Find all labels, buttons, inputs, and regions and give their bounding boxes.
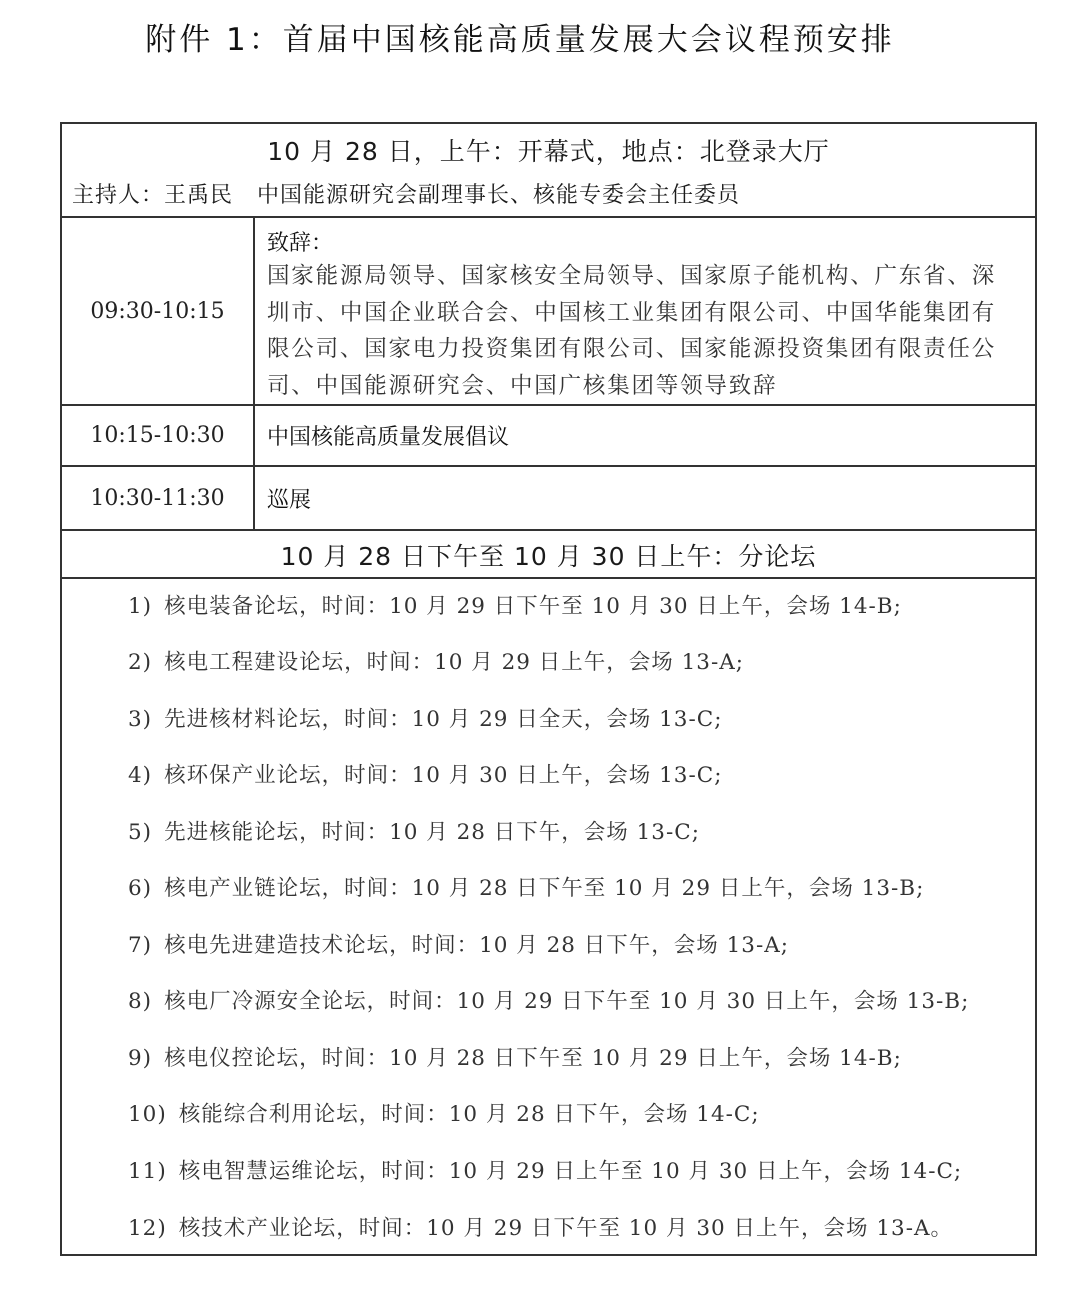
forum-text: 核能综合利用论坛，时间：10 月 28 日下午，会场 14-C; bbox=[179, 1102, 760, 1127]
opening-section-header: 10 月 28 日，上午：开幕式，地点：北登录大厅 主持人：王禹民 中国能源研究… bbox=[62, 124, 1035, 218]
forum-text: 核电厂冷源安全论坛，时间：10 月 29 日下午至 10 月 30 日上午，会场… bbox=[164, 989, 969, 1014]
forum-item: 3)先进核材料论坛，时间：10 月 29 日全天，会场 13-C; bbox=[128, 702, 722, 733]
agenda-table: 10 月 28 日，上午：开幕式，地点：北登录大厅 主持人：王禹民 中国能源研究… bbox=[60, 122, 1037, 1256]
forum-number: 10) bbox=[128, 1102, 167, 1127]
speech-speakers: 国家能源局领导、国家核安全局领导、国家原子能机构、广东省、深 圳市、中国企业联合… bbox=[267, 258, 1029, 404]
content-cell: 中国核能高质量发展倡议 bbox=[255, 406, 1035, 465]
content-cell: 巡展 bbox=[255, 467, 1035, 529]
speech-line: 限公司、国家电力投资集团有限公司、国家能源投资集团有限责任公 bbox=[267, 331, 1029, 368]
forum-item: 5)先进核能论坛，时间：10 月 28 日下午，会场 13-C; bbox=[128, 815, 700, 846]
schedule-row-initiative: 10:15-10:30 中国核能高质量发展倡议 bbox=[62, 406, 1035, 467]
forum-number: 7) bbox=[128, 933, 152, 958]
forum-text: 核电先进建造技术论坛，时间：10 月 28 日下午，会场 13-A; bbox=[164, 933, 789, 958]
forum-item: 1)核电装备论坛，时间：10 月 29 日下午至 10 月 30 日上午，会场 … bbox=[128, 589, 902, 620]
forum-number: 6) bbox=[128, 876, 152, 901]
forum-item: 12)核技术产业论坛，时间：10 月 29 日下午至 10 月 30 日上午，会… bbox=[128, 1211, 953, 1242]
forum-item: 8)核电厂冷源安全论坛，时间：10 月 29 日下午至 10 月 30 日上午，… bbox=[128, 984, 969, 1015]
forum-text: 核电装备论坛，时间：10 月 29 日下午至 10 月 30 日上午，会场 14… bbox=[164, 594, 902, 619]
forum-text: 核电仪控论坛，时间：10 月 28 日下午至 10 月 29 日上午，会场 14… bbox=[164, 1046, 902, 1071]
time-cell: 10:15-10:30 bbox=[62, 406, 255, 465]
forum-list: 1)核电装备论坛，时间：10 月 29 日下午至 10 月 30 日上午，会场 … bbox=[62, 579, 1035, 1254]
forum-number: 8) bbox=[128, 989, 152, 1014]
forum-item: 4)核环保产业论坛，时间：10 月 30 日上午，会场 13-C; bbox=[128, 758, 722, 789]
forums-section-header: 10 月 28 日下午至 10 月 30 日上午：分论坛 bbox=[62, 531, 1035, 579]
forum-text: 核电智慧运维论坛，时间：10 月 29 日上午至 10 月 30 日上午，会场 … bbox=[179, 1159, 962, 1184]
forums-heading: 10 月 28 日下午至 10 月 30 日上午：分论坛 bbox=[62, 537, 1035, 573]
forum-text: 核环保产业论坛，时间：10 月 30 日上午，会场 13-C; bbox=[164, 763, 722, 788]
forum-number: 11) bbox=[128, 1159, 167, 1184]
forum-text: 核电产业链论坛，时间：10 月 28 日下午至 10 月 29 日上午，会场 1… bbox=[164, 876, 924, 901]
content-cell: 致辞： 国家能源局领导、国家核安全局领导、国家原子能机构、广东省、深 圳市、中国… bbox=[255, 218, 1035, 404]
time-cell: 10:30-11:30 bbox=[62, 467, 255, 529]
forum-item: 6)核电产业链论坛，时间：10 月 28 日下午至 10 月 29 日上午，会场… bbox=[128, 871, 924, 902]
forum-text: 核技术产业论坛，时间：10 月 29 日下午至 10 月 30 日上午，会场 1… bbox=[179, 1216, 953, 1241]
schedule-row-speeches: 09:30-10:15 致辞： 国家能源局领导、国家核安全局领导、国家原子能机构… bbox=[62, 218, 1035, 406]
speech-line: 圳市、中国企业联合会、中国核工业集团有限公司、中国华能集团有 bbox=[267, 295, 1029, 332]
opening-heading: 10 月 28 日，上午：开幕式，地点：北登录大厅 bbox=[62, 132, 1035, 168]
speech-line: 国家能源局领导、国家核安全局领导、国家原子能机构、广东省、深 bbox=[267, 258, 1029, 295]
forum-item: 7)核电先进建造技术论坛，时间：10 月 28 日下午，会场 13-A; bbox=[128, 928, 789, 959]
document-title: 附件 1：首届中国核能高质量发展大会议程预安排 bbox=[0, 14, 1040, 59]
forum-number: 4) bbox=[128, 763, 152, 788]
forum-item: 9)核电仪控论坛，时间：10 月 28 日下午至 10 月 29 日上午，会场 … bbox=[128, 1041, 902, 1072]
forum-number: 12) bbox=[128, 1216, 167, 1241]
forum-text: 核电工程建设论坛，时间：10 月 29 日上午，会场 13-A; bbox=[164, 650, 744, 675]
speech-line: 司、中国能源研究会、中国广核集团等领导致辞 bbox=[267, 368, 1029, 405]
forum-item: 10)核能综合利用论坛，时间：10 月 28 日下午，会场 14-C; bbox=[128, 1097, 760, 1128]
forum-number: 5) bbox=[128, 820, 152, 845]
forum-item: 2)核电工程建设论坛，时间：10 月 29 日上午，会场 13-A; bbox=[128, 645, 744, 676]
forum-text: 先进核能论坛，时间：10 月 28 日下午，会场 13-C; bbox=[164, 820, 700, 845]
forum-item: 11)核电智慧运维论坛，时间：10 月 29 日上午至 10 月 30 日上午，… bbox=[128, 1154, 962, 1185]
forum-number: 2) bbox=[128, 650, 152, 675]
time-cell: 09:30-10:15 bbox=[62, 218, 255, 404]
forum-text: 先进核材料论坛，时间：10 月 29 日全天，会场 13-C; bbox=[164, 707, 722, 732]
forum-number: 1) bbox=[128, 594, 152, 619]
forum-number: 3) bbox=[128, 707, 152, 732]
forum-number: 9) bbox=[128, 1046, 152, 1071]
schedule-row-exhibition-tour: 10:30-11:30 巡展 bbox=[62, 467, 1035, 531]
speech-label: 致辞： bbox=[267, 226, 333, 257]
opening-host: 主持人：王禹民 中国能源研究会副理事长、核能专委会主任委员 bbox=[72, 178, 740, 209]
